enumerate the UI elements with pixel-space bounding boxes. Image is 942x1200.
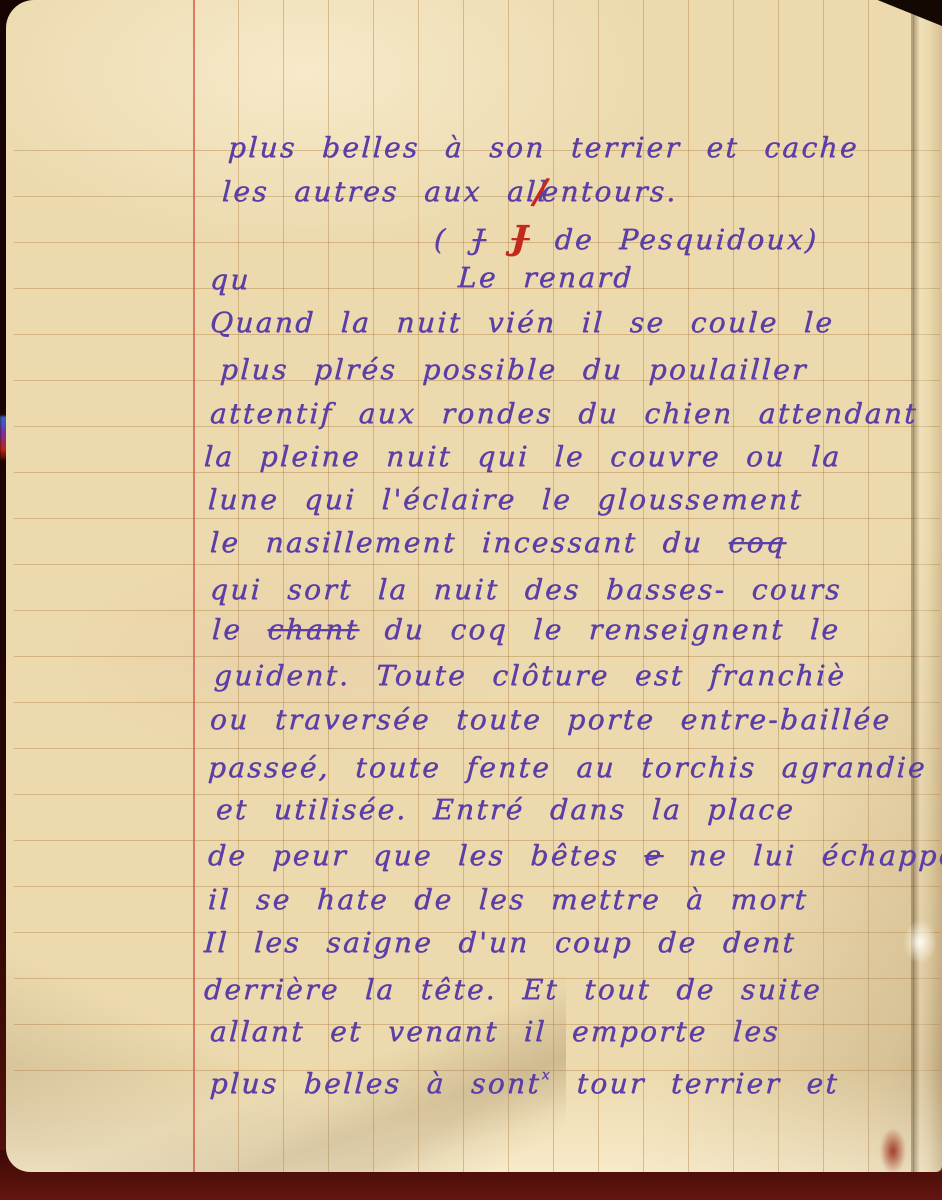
handwriting-text: de peur que les bêtes <box>207 839 645 872</box>
line-13: guident. Toute clôture est franchiè <box>213 656 847 696</box>
handwriting-text: il se hate de les mettre à mort <box>207 883 809 916</box>
handwriting-text: plus belles à son terrier et cache <box>227 131 860 164</box>
handwriting-text: qu <box>209 263 251 296</box>
line-19: Il les saigne d'un coup de dent <box>203 923 797 963</box>
handwriting-text: le <box>211 613 268 646</box>
handwriting-text: lune qui l'éclaire le gloussement <box>207 483 804 516</box>
handwriting-text: e <box>644 839 665 872</box>
handwriting-layer: plus belles à son terrier et cacheles au… <box>6 0 942 1172</box>
line-22: plus belles à sontx tour terrier et <box>209 1055 841 1104</box>
line-10: le nasillement incessant du coq <box>209 523 787 563</box>
line-11: qui sort la nuit des basses- cours <box>209 570 843 610</box>
handwriting-text: entours. <box>541 175 679 208</box>
handwriting-text: plus plrés possible du poulailler <box>219 353 809 386</box>
handwriting-text: coq <box>728 526 787 559</box>
line-01: plus belles à son terrier et cache <box>227 128 860 168</box>
handwriting-text: et utilisée. Entré dans la place <box>215 793 796 826</box>
handwriting-text: passeé, toute fente au torchis agrandie <box>207 751 928 784</box>
handwriting-text: qui sort la nuit des basses- cours <box>209 573 843 606</box>
right-edge-tear <box>880 1128 906 1174</box>
handwriting-text: ou traversée toute porte entre-baillée <box>209 703 892 736</box>
line-07: attentif aux rondes du chien attendant <box>209 394 919 434</box>
handwriting-text: la pleine nuit qui le couvre ou la <box>203 440 842 473</box>
handwriting-text: Quand la nuit vién il se coule le <box>209 306 835 339</box>
line-17: de peur que les bêtes e ne lui échappent <box>207 836 942 876</box>
handwriting-text: attentif aux rondes du chien attendant <box>209 397 919 430</box>
line-08: la pleine nuit qui le couvre ou la <box>203 437 843 477</box>
line-citation-author: ( J J de Pesquidoux) <box>433 218 820 260</box>
handwriting-text: plus belles à sont <box>209 1067 542 1100</box>
line-16: et utilisée. Entré dans la place <box>215 790 796 830</box>
notebook-page: plus belles à son terrier et cacheles au… <box>6 0 942 1172</box>
margin-note: qu <box>209 260 252 300</box>
handwriting-text: du coq le renseignent le <box>358 613 841 646</box>
handwriting-text: de Pesquidoux) <box>529 223 820 256</box>
handwriting-text: ( <box>433 223 473 256</box>
line-21: allant et venant il emporte les <box>209 1012 781 1052</box>
handwriting-text: Il les saigne d'un coup de dent <box>203 926 797 959</box>
line-20: derrière la tête. Et tout de suite <box>203 970 823 1010</box>
line-15: passeé, toute fente au torchis agrandie <box>207 748 928 788</box>
handwriting-text: Le renard <box>457 261 634 294</box>
handwriting-text: allant et venant il emporte les <box>209 1015 781 1048</box>
handwriting-text: guident. Toute clôture est franchiè <box>213 659 847 692</box>
line-02: les autres aux all∕entours. <box>221 172 679 212</box>
red-correction-mark: J <box>511 218 531 257</box>
line-18: il se hate de les mettre à mort <box>207 880 809 920</box>
line-09: lune qui l'éclaire le gloussement <box>207 480 804 520</box>
line-14: ou traversée toute porte entre-baillée <box>209 700 893 740</box>
line-12: le chant du coq le renseignent le <box>211 610 841 650</box>
line-title: Le renard <box>457 258 635 298</box>
handwriting-text: derrière la tête. Et tout de suite <box>203 973 823 1006</box>
handwriting-text <box>485 223 512 256</box>
line-06: plus plrés possible du poulailler <box>219 350 809 390</box>
handwriting-text: les autres aux all <box>221 175 550 208</box>
handwriting-text: tour terrier et <box>551 1067 840 1100</box>
handwriting-text: le nasillement incessant du <box>209 526 729 559</box>
handwriting-text: chant <box>267 613 360 646</box>
handwriting-text: ne lui échappent <box>663 839 942 872</box>
line-05: Quand la nuit vién il se coule le <box>209 303 835 343</box>
